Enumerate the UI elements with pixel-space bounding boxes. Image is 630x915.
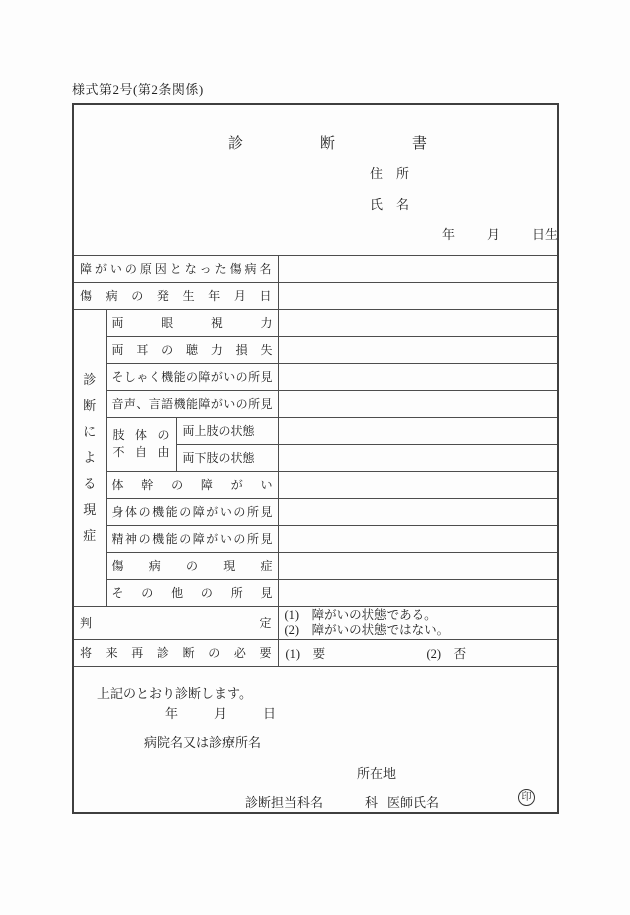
department-label: 診断担当科名 — [245, 792, 323, 811]
form-title-char: 診 — [228, 132, 244, 153]
form-title-char: 書 — [412, 132, 428, 153]
mental-function-value-cell[interactable] — [278, 525, 558, 552]
location-label: 所在地 — [357, 763, 396, 782]
certify-date-line[interactable]: 年 月 日 — [165, 703, 276, 722]
hearing-row-label: 両耳の聴力損失 — [106, 336, 278, 363]
section-label-current-findings: 診 断 に よ る 現 症 — [73, 309, 106, 606]
judgement-row-label: 判定 — [73, 606, 278, 639]
lower-limb-row-label: 両下肢の状態 — [176, 444, 278, 471]
onset-row-label: 傷病の発生年月日 — [73, 282, 278, 309]
reexam-option-no[interactable]: (2) 否 — [427, 644, 467, 662]
trunk-value-cell[interactable] — [278, 471, 558, 498]
judgement-option-2[interactable]: (2) 障がいの状態ではない。 — [285, 623, 552, 638]
section-label-char: に — [83, 425, 96, 438]
diagnosis-form-table: 診 断 書 住 所 氏 名 年 月 日生 障がいの原因となった傷病名 傷病の発生… — [72, 103, 559, 814]
form-title: 診 断 書 — [228, 132, 428, 153]
body-function-row-label: 身体の機能の障がいの所見 — [106, 498, 278, 525]
name-label: 氏 名 — [370, 194, 409, 213]
judgement-option-1[interactable]: (1) 障がいの状態である。 — [285, 608, 552, 623]
other-findings-row-label: その他の所見 — [106, 579, 278, 606]
mental-function-row-label: 精神の機能の障がいの所見 — [106, 525, 278, 552]
reexam-option-yes[interactable]: (1) 要 — [286, 644, 326, 662]
other-findings-value-cell[interactable] — [278, 579, 558, 606]
birthdate-line: 年 月 日生 — [442, 224, 558, 243]
reexam-options-cell[interactable]: (1) 要 (2) 否 — [278, 639, 558, 666]
date-month-label: 月 — [214, 703, 227, 722]
form-header-cell: 診 断 書 住 所 氏 名 年 月 日生 — [73, 104, 558, 255]
section-label-char: 診 — [83, 373, 96, 386]
limb-group-line1: 肢体の — [107, 427, 176, 444]
address-label: 住 所 — [370, 163, 409, 182]
date-day-label: 日 — [263, 703, 276, 722]
certify-statement: 上記のとおり診断します。 — [97, 683, 252, 702]
speech-row-label: 音声、言語機能障がいの所見 — [106, 390, 278, 417]
current-symptoms-row-label: 傷病の現症 — [106, 552, 278, 579]
department-unit-label: 科 — [365, 792, 378, 811]
cause-value-cell[interactable] — [278, 255, 558, 282]
birth-day-label: 日生 — [532, 224, 558, 243]
section-label-char: 現 — [83, 503, 96, 516]
trunk-row-label: 体幹の障がい — [106, 471, 278, 498]
doctor-name-label: 医師氏名 — [387, 792, 439, 811]
hearing-value-cell[interactable] — [278, 336, 558, 363]
judgement-options-cell[interactable]: (1) 障がいの状態である。 (2) 障がいの状態ではない。 — [278, 606, 558, 639]
lower-limb-value-cell[interactable] — [278, 444, 558, 471]
birth-month-label: 月 — [487, 224, 500, 243]
hospital-name-label: 病院名又は診療所名 — [144, 732, 261, 751]
limb-group-label: 肢体の 不自由 — [106, 417, 176, 471]
reexam-row-label: 将来再診断の必要 — [73, 639, 278, 666]
upper-limb-row-label: 両上肢の状態 — [176, 417, 278, 444]
section-label-char: る — [83, 477, 96, 490]
vision-row-label: 両眼視力 — [106, 309, 278, 336]
section-label-char: 断 — [83, 399, 96, 412]
speech-value-cell[interactable] — [278, 390, 558, 417]
section-label-char: 症 — [83, 529, 96, 542]
document-page: 様式第2号(第2条関係) 診 断 書 住 所 氏 名 年 月 日生 — [0, 0, 630, 915]
body-function-value-cell[interactable] — [278, 498, 558, 525]
vision-value-cell[interactable] — [278, 309, 558, 336]
upper-limb-value-cell[interactable] — [278, 417, 558, 444]
birth-year-label: 年 — [442, 224, 455, 243]
limb-group-line2: 不自由 — [107, 444, 176, 461]
form-title-char: 断 — [320, 132, 336, 153]
onset-value-cell[interactable] — [278, 282, 558, 309]
current-symptoms-value-cell[interactable] — [278, 552, 558, 579]
cause-row-label: 障がいの原因となった傷病名 — [73, 255, 278, 282]
section-label-char: よ — [83, 451, 96, 464]
mastication-row-label: そしゃく機能の障がいの所見 — [106, 363, 278, 390]
date-year-label: 年 — [165, 703, 178, 722]
signature-block: 上記のとおり診断します。 年 月 日 病院名又は診療所名 所在地 診断担当科名 … — [73, 666, 558, 813]
form-number-label: 様式第2号(第2条関係) — [72, 79, 204, 98]
mastication-value-cell[interactable] — [278, 363, 558, 390]
seal-mark-icon: 印 — [518, 789, 535, 806]
